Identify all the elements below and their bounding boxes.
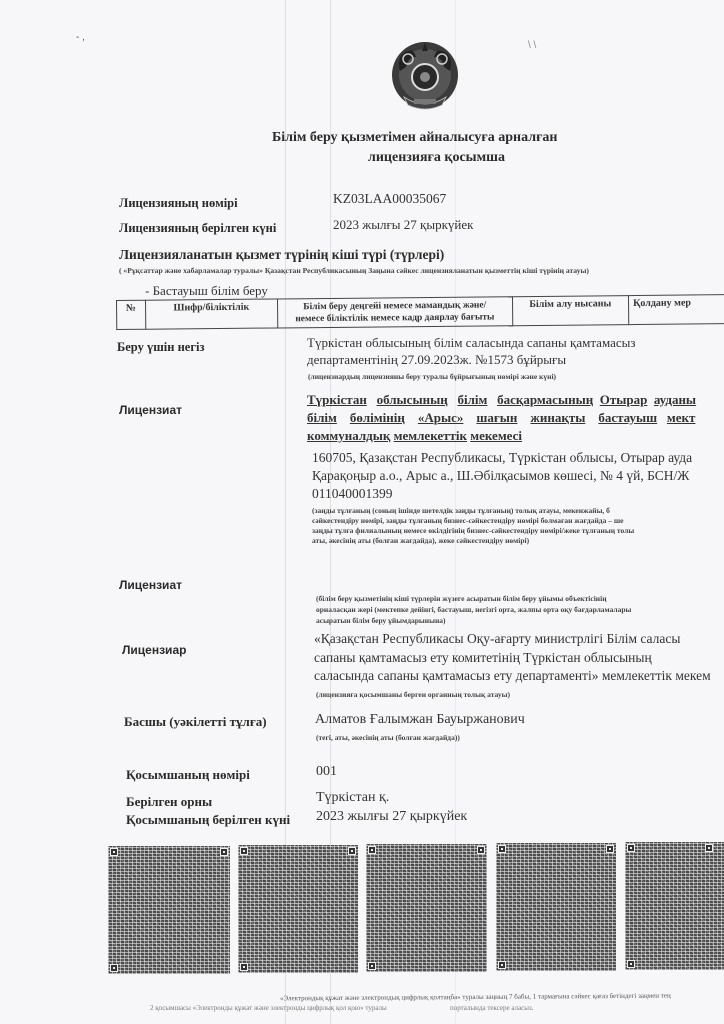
qualification-table: № Шифр/біліктілік Білім беру деңгейі нем…: [116, 294, 724, 330]
licensee-name-word: бастауыш: [598, 410, 657, 425]
licensee-name-word: білім: [457, 392, 487, 407]
licensee-address-note-line3: заңды тұлға филиалының немесе өкілдігіні…: [312, 526, 634, 535]
licensor-line3: саласында сапаны қамтамасыз ету департам…: [314, 667, 711, 685]
header-education-level-line2: немесе біліктілік немесе кадр даярлау ба…: [282, 311, 508, 325]
licensee-name-word: облысының: [377, 392, 448, 407]
licensee-name-word: мекемесі: [470, 428, 522, 443]
document-title-line2: лицензияға қосымша: [368, 150, 568, 166]
licensee-name-word: Отырар: [600, 392, 648, 407]
appendix-date-value: 2023 жылғы 27 қыркүйек: [316, 808, 467, 826]
licensee-address-line3: 011040001399: [312, 485, 393, 503]
table-header-row: № Шифр/біліктілік Білім беру деңгейі нем…: [117, 295, 724, 330]
footer-line2-left: 2 қосымшасы «Электронды құжат және элект…: [150, 1004, 387, 1012]
document-title-line1: Білім беру қызметімен айналысуға арналға…: [272, 130, 622, 146]
header-application: Қолдану мер: [629, 295, 724, 325]
licensee-location-note-line2: орналасқан жері (мектепке дейінгі, баста…: [316, 605, 631, 614]
head-label: Басшы (уәкілетті тұлға): [124, 714, 267, 730]
licensee-name-line2: білім бөлімінің «Арыс» шағын жинақты бас…: [307, 409, 695, 427]
footer-line2-right: порталында тексере аласыз.: [450, 1004, 533, 1012]
licensee-name-word: мемлекеттік: [394, 428, 467, 443]
appendix-place-label: Берілген орны: [126, 794, 212, 810]
kazakhstan-emblem-icon: [386, 41, 464, 113]
head-value: Алматов Ғалымжан Бауыржанович: [315, 711, 525, 729]
licensee-name-word: бөлімінің: [350, 410, 405, 425]
appendix-date-label: Қосымшаның берілген күні: [126, 812, 290, 828]
licensee-location-note-line3: асыратын білім беру ұйымдарынына): [316, 616, 446, 625]
licensee-address-note-line2: сәйкестендіру нөмірі, заңды тұлғаның биз…: [312, 516, 623, 525]
appendix-number-label: Қосымшаның нөмірі: [126, 767, 250, 783]
basis-label: Беру үшін негіз: [117, 340, 205, 355]
subtype-note: ( «Рұқсаттар және хабарламалар туралы» Қ…: [119, 266, 589, 275]
basis-note: (лицензиардың лицензияны беру туралы бұй…: [308, 372, 556, 381]
licensor-line1: «Қазақстан Республикасы Оқу-ағарту минис…: [314, 630, 680, 648]
license-number-label: Лицензияның нөмірі: [119, 196, 238, 211]
licensee-name-word: ауданы: [654, 392, 696, 407]
licensee-name-line1: Түркістан облысының білім басқармасының …: [307, 391, 696, 409]
qr-code-3: [366, 844, 487, 972]
licensee-name-word: жинақты: [530, 410, 585, 425]
licensee-address-line1: 160705, Қазақстан Республикасы, Түркіста…: [312, 449, 692, 467]
header-number: №: [117, 300, 146, 329]
header-study-form: Білім алу нысаны: [512, 296, 629, 326]
qr-code-5: [625, 842, 724, 970]
licensee-label: Лицензиат: [119, 403, 182, 417]
license-date-value: 2023 жылғы 27 қыркүйек: [333, 217, 473, 233]
top-right-mark: \ \: [528, 40, 536, 51]
licensee-name-word: мект: [667, 410, 696, 425]
corner-mark: - ,: [76, 32, 85, 43]
subtype-heading: Лицензияланатын қызмет түрінің кіші түрі…: [119, 247, 444, 263]
appendix-number-value: 001: [316, 763, 337, 781]
qr-code-4: [496, 843, 616, 971]
licensee-name-word: коммуналдық: [307, 428, 390, 443]
licensee-location-label: Лицензиат: [119, 578, 182, 592]
license-number-value: KZ03LAA00035067: [333, 191, 446, 207]
licensee-address-note-line4: аты, әкесінің аты (болған жағдайда), жек…: [312, 536, 529, 545]
licensee-name-word: Түркістан: [307, 392, 367, 407]
licensee-location-note-line1: (білім беру қызметінің кіші түрлерін жүз…: [316, 594, 607, 603]
license-date-label: Лицензияның берілген күні: [119, 221, 276, 236]
basis-line2: департаментінің 27.09.2023ж. №1573 бұйры…: [307, 351, 566, 369]
licensee-name-word: «Арыс»: [418, 410, 464, 425]
licensee-address-line2: Қарақоңыр а.о., Арыс а., Ш.Әбілқасымов к…: [312, 467, 689, 485]
license-appendix-page: - , \ \ Білім беру қызметімен айналысуға…: [0, 0, 724, 1024]
licensee-name-word: шағын: [476, 410, 517, 425]
basis-line1: Түркістан облысының білім саласында сапа…: [307, 334, 636, 352]
head-note: (тегі, аты, әкесінің аты (болған жағдайд…: [316, 733, 460, 742]
licensor-note: (лицензияға қосымшаны берген органның то…: [316, 690, 510, 699]
licensee-name-line3: коммуналдық мемлекеттік мекемесі: [307, 427, 522, 445]
qr-code-row: [106, 846, 724, 978]
licensee-address-note-line1: (заңды тұлғаның (соның ішінде шетелдік з…: [312, 506, 610, 515]
licensor-line2: сапаны қамтамасыз ету комитетінің Түркіс…: [314, 649, 652, 667]
footer-line1: «Электрондық құжат және электрондық цифр…: [280, 992, 671, 1003]
qr-code-1: [108, 846, 230, 974]
header-code: Шифр/біліктілік: [145, 299, 277, 329]
appendix-place-value: Түркістан қ.: [316, 789, 389, 807]
subtype-value: - Бастауыш білім беру: [145, 283, 268, 299]
licensee-name-word: білім: [307, 410, 337, 425]
qr-code-2: [238, 845, 358, 973]
licensee-name-word: басқармасының: [497, 392, 593, 407]
licensor-label: Лицензиар: [122, 643, 186, 657]
header-education-level: Білім беру деңгейі немесе мамандық және/…: [277, 297, 512, 328]
